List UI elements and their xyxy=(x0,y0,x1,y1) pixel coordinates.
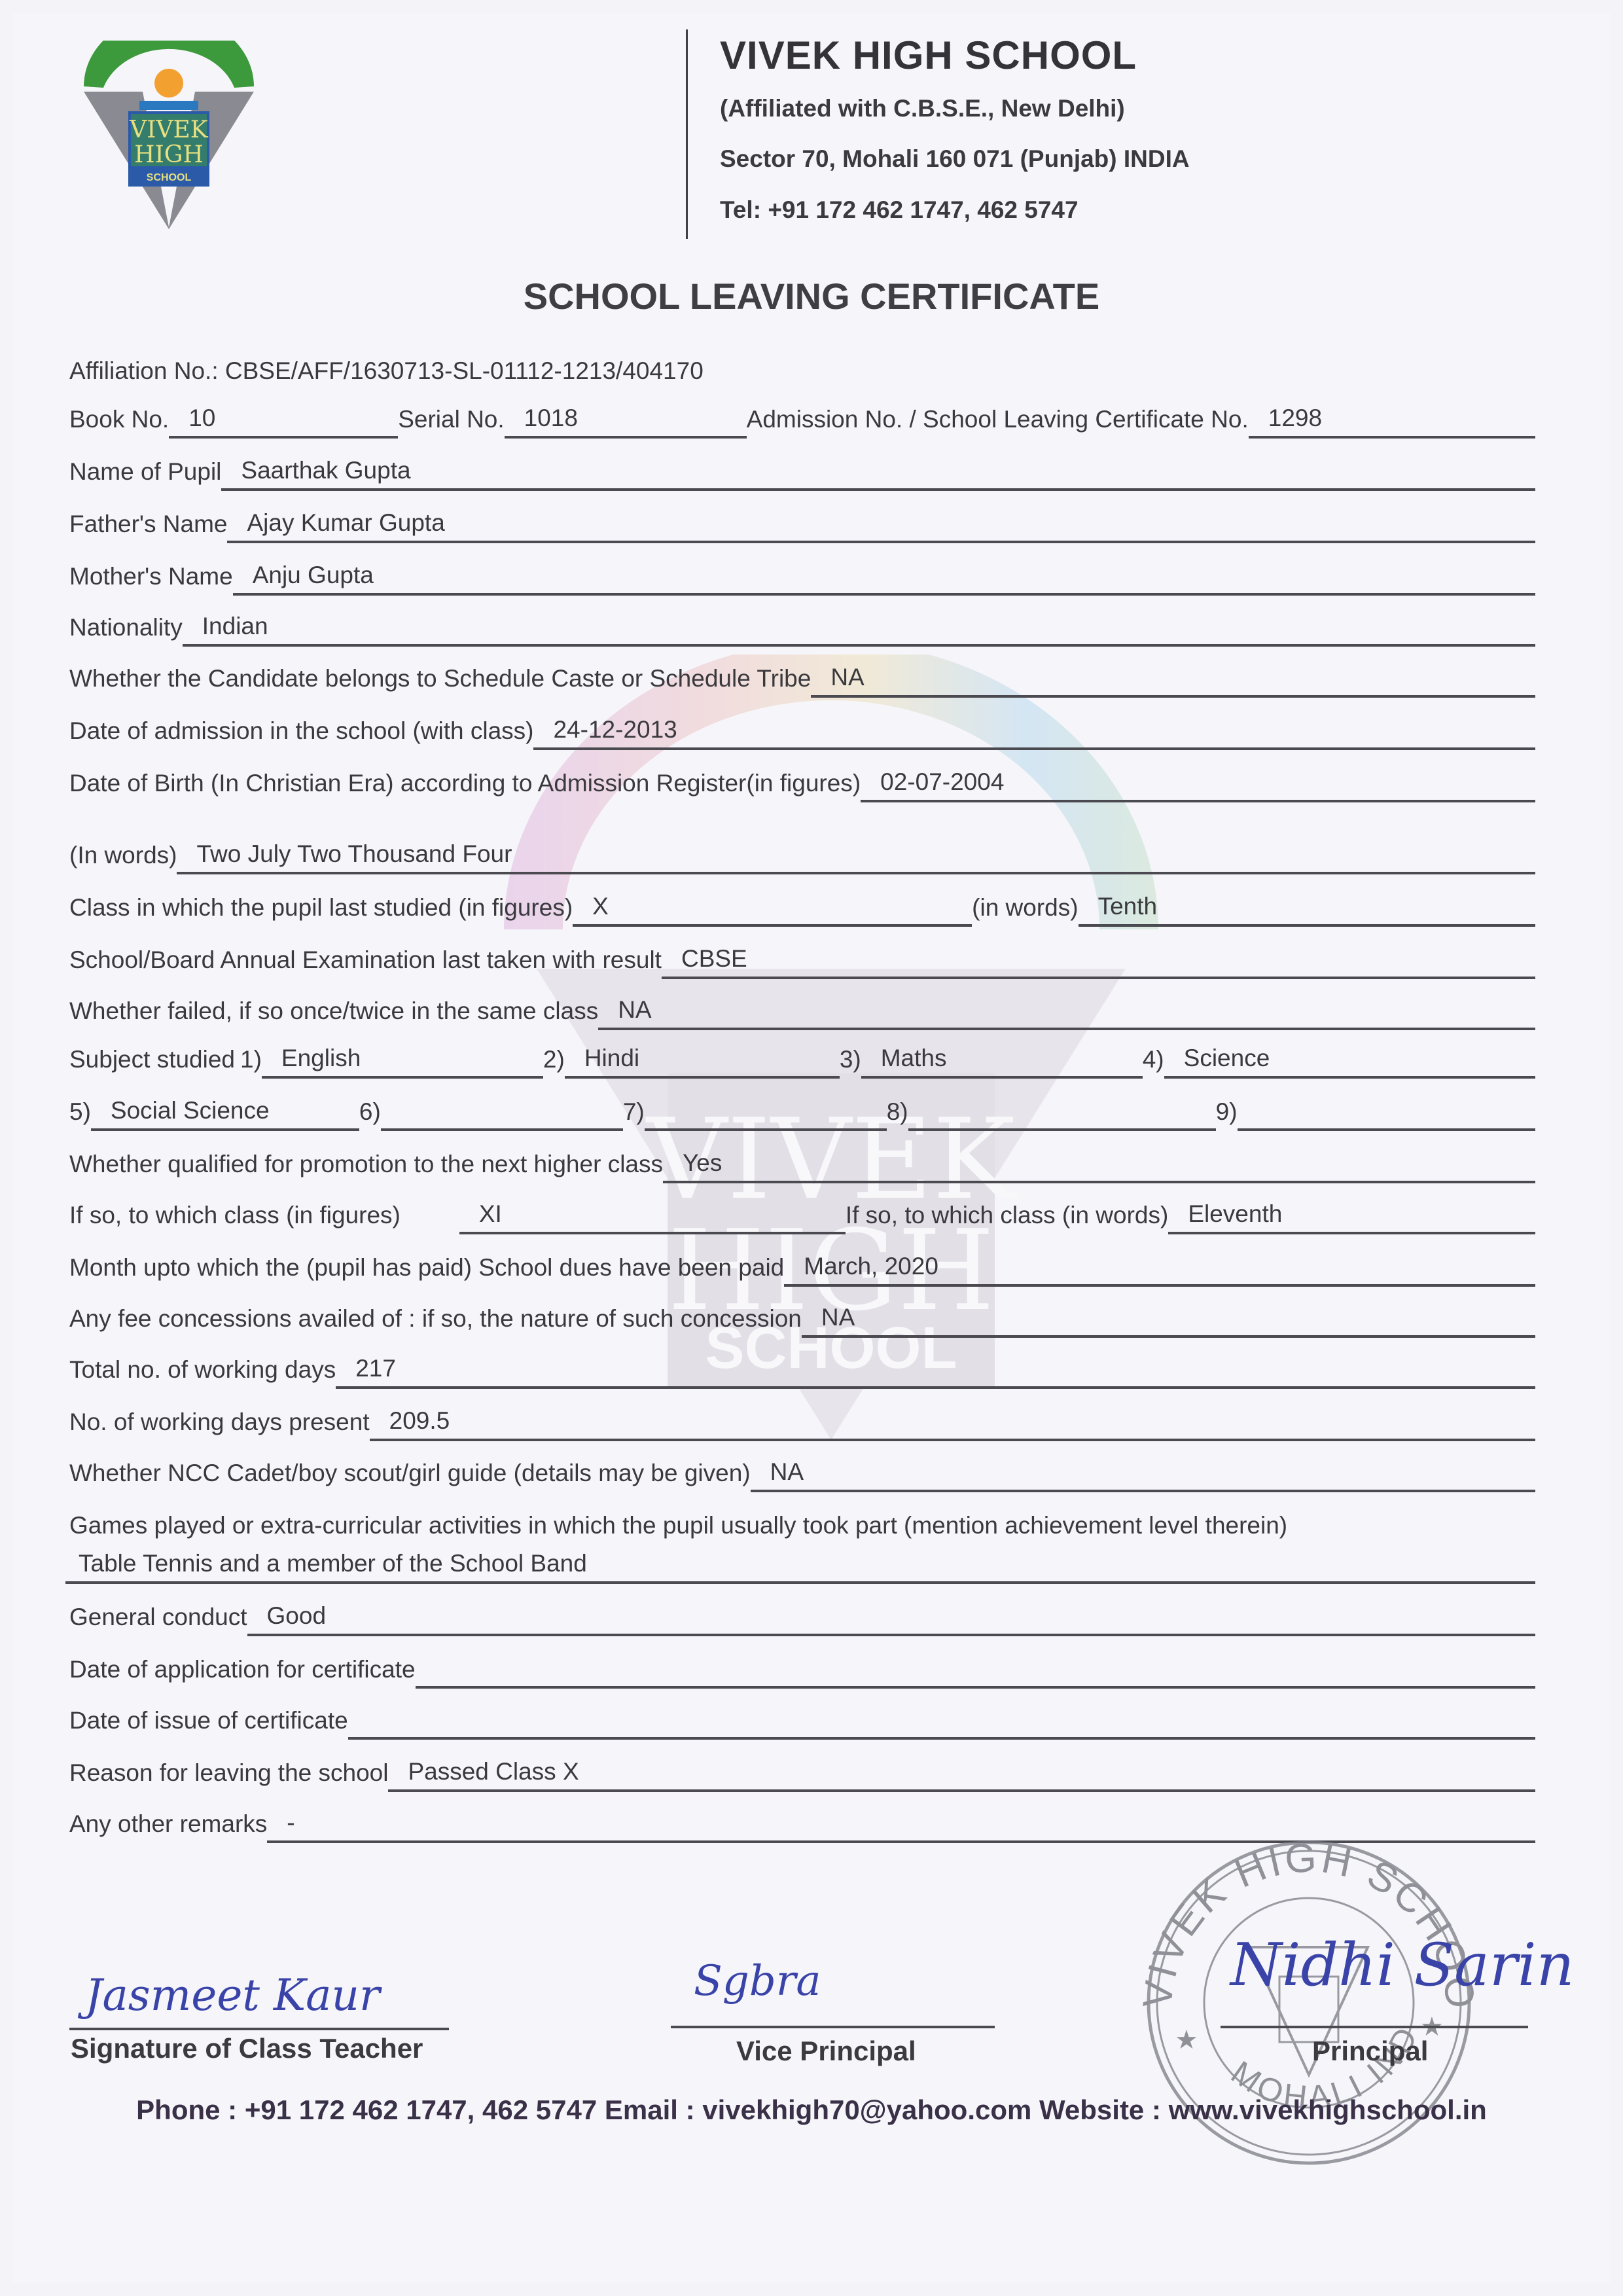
mother-row: Mother's NameAnju Gupta xyxy=(69,556,1535,596)
class-words-field[interactable]: Tenth xyxy=(1079,893,1535,927)
exam-row: School/Board Annual Examination last tak… xyxy=(69,940,1535,979)
conduct-label: General conduct xyxy=(69,1604,247,1636)
games-field[interactable]: Table Tennis and a member of the School … xyxy=(65,1550,1535,1584)
dob-field[interactable]: 02-07-2004 xyxy=(861,768,1535,802)
working-days-field[interactable]: 217 xyxy=(336,1355,1535,1389)
father-field[interactable]: Ajay Kumar Gupta xyxy=(227,509,1535,543)
promotion-row: Whether qualified for promotion to the n… xyxy=(69,1144,1535,1183)
school-name: VIVEK HIGH SCHOOL xyxy=(720,33,1137,78)
games-row: Table Tennis and a member of the School … xyxy=(65,1545,1535,1584)
dob-words-label: (In words) xyxy=(69,842,177,874)
dob-label: Date of Birth (In Christian Era) accordi… xyxy=(69,770,861,802)
nationality-row: NationalityIndian xyxy=(69,607,1535,647)
caste-label: Whether the Candidate belongs to Schedul… xyxy=(69,665,811,698)
ncc-field[interactable]: NA xyxy=(751,1458,1535,1492)
school-logo-icon: VIVEK HIGH SCHOOL xyxy=(77,41,260,230)
vice-principal-label: Vice Principal xyxy=(736,2036,916,2067)
serial-no-label: Serial No. xyxy=(398,406,504,439)
class-teacher-label: Signature of Class Teacher xyxy=(71,2033,423,2064)
dues-field[interactable]: March, 2020 xyxy=(784,1253,1535,1287)
subject-8-field[interactable] xyxy=(908,1097,1216,1131)
serial-no-field[interactable]: 1018 xyxy=(505,404,747,439)
exam-label: School/Board Annual Examination last tak… xyxy=(69,946,662,979)
nationality-label: Nationality xyxy=(69,614,183,647)
principal-signature-line xyxy=(1221,2026,1528,2028)
present-days-field[interactable]: 209.5 xyxy=(370,1407,1535,1441)
games-label-row: Games played or extra-curricular activit… xyxy=(69,1505,1535,1545)
present-days-label: No. of working days present xyxy=(69,1408,370,1441)
ncc-row: Whether NCC Cadet/boy scout/girl guide (… xyxy=(69,1453,1535,1492)
book-no-label: Book No. xyxy=(69,406,169,439)
principal-signature: Nidhi Sarin xyxy=(1230,1931,1575,2000)
dob-row: Date of Birth (In Christian Era) accordi… xyxy=(69,763,1535,802)
conduct-row: General conductGood xyxy=(69,1597,1535,1636)
footer-contact: Phone : +91 172 462 1747, 462 5747 Email… xyxy=(0,2094,1623,2126)
svg-text:HIGH: HIGH xyxy=(134,141,204,168)
concession-field[interactable]: NA xyxy=(802,1304,1535,1338)
subject-2-field[interactable]: Hindi xyxy=(565,1045,840,1079)
class-teacher-signature: Jasmeet Kaur xyxy=(85,1970,380,2020)
issue-date-label: Date of issue of certificate xyxy=(69,1707,348,1740)
pupil-row: Name of PupilSaarthak Gupta xyxy=(69,452,1535,491)
failed-label: Whether failed, if so once/twice in the … xyxy=(69,997,598,1030)
svg-text:VIVEK: VIVEK xyxy=(129,117,208,143)
affiliation-line: (Affiliated with C.B.S.E., New Delhi) xyxy=(720,95,1125,122)
conduct-field[interactable]: Good xyxy=(247,1602,1535,1636)
ncc-label: Whether NCC Cadet/boy scout/girl guide (… xyxy=(69,1460,751,1492)
pupil-field[interactable]: Saarthak Gupta xyxy=(221,457,1535,491)
present-days-row: No. of working days present209.5 xyxy=(69,1402,1535,1441)
exam-field[interactable]: CBSE xyxy=(662,945,1535,979)
next-class-row: If so, to which class (in figures) XI If… xyxy=(69,1195,1535,1234)
reason-label: Reason for leaving the school xyxy=(69,1759,388,1792)
promotion-label: Whether qualified for promotion to the n… xyxy=(69,1151,663,1183)
subjects-label: Subject studied xyxy=(69,1046,235,1079)
admission-no-label: Admission No. / School Leaving Certifica… xyxy=(747,406,1249,439)
mother-field[interactable]: Anju Gupta xyxy=(233,562,1535,596)
subject-5-field[interactable]: Social Science xyxy=(91,1097,359,1131)
class-teacher-signature-line xyxy=(69,2028,449,2030)
subject-1-field[interactable]: English xyxy=(262,1045,543,1079)
application-date-row: Date of application for certificate xyxy=(69,1649,1535,1689)
subject-3-field[interactable]: Maths xyxy=(861,1045,1143,1079)
book-no-field[interactable]: 10 xyxy=(169,404,398,439)
dues-label: Month upto which the (pupil has paid) Sc… xyxy=(69,1254,784,1287)
school-address: Sector 70, Mohali 160 071 (Punjab) INDIA xyxy=(720,145,1190,173)
issue-date-row: Date of issue of certificate xyxy=(69,1700,1535,1740)
svg-text:★: ★ xyxy=(1175,2026,1198,2054)
caste-row: Whether the Candidate belongs to Schedul… xyxy=(69,658,1535,698)
dob-words-field[interactable]: Two July Two Thousand Four xyxy=(177,840,1535,874)
working-days-row: Total no. of working days217 xyxy=(69,1350,1535,1389)
admission-date-label: Date of admission in the school (with cl… xyxy=(69,717,533,750)
subjects-row-2: 5) Social Science 6) 7) 8) 9) xyxy=(69,1092,1535,1131)
working-days-label: Total no. of working days xyxy=(69,1356,336,1389)
svg-text:SCHOOL: SCHOOL xyxy=(147,172,192,183)
admission-date-row: Date of admission in the school (with cl… xyxy=(69,711,1535,750)
subject-7-field[interactable] xyxy=(645,1097,887,1131)
reason-field[interactable]: Passed Class X xyxy=(388,1758,1535,1792)
next-class-figures-field[interactable]: XI xyxy=(459,1200,846,1234)
promotion-field[interactable]: Yes xyxy=(663,1149,1535,1183)
vice-principal-signature: Sgbra xyxy=(694,1957,821,2005)
vice-principal-signature-line xyxy=(671,2026,995,2028)
identifiers-row: Book No. 10 Serial No. 1018 Admission No… xyxy=(69,399,1535,439)
father-label: Father's Name xyxy=(69,511,227,543)
dues-row: Month upto which the (pupil has paid) Sc… xyxy=(69,1247,1535,1287)
nationality-field[interactable]: Indian xyxy=(183,613,1535,647)
failed-row: Whether failed, if so once/twice in the … xyxy=(69,991,1535,1030)
caste-field[interactable]: NA xyxy=(811,664,1535,698)
concession-row: Any fee concessions availed of : if so, … xyxy=(69,1299,1535,1338)
application-date-label: Date of application for certificate xyxy=(69,1656,416,1689)
subject-6-field[interactable] xyxy=(381,1097,623,1131)
class-studied-row: Class in which the pupil last studied (i… xyxy=(69,888,1535,927)
admission-no-field[interactable]: 1298 xyxy=(1249,404,1535,439)
reason-row: Reason for leaving the schoolPassed Clas… xyxy=(69,1753,1535,1792)
issue-date-field[interactable] xyxy=(348,1706,1535,1740)
application-date-field[interactable] xyxy=(416,1655,1535,1689)
failed-field[interactable]: NA xyxy=(598,996,1535,1030)
subject-4-field[interactable]: Science xyxy=(1164,1045,1535,1079)
admission-date-field[interactable]: 24-12-2013 xyxy=(533,716,1535,750)
affiliation-number: Affiliation No.: CBSE/AFF/1630713-SL-011… xyxy=(69,357,704,385)
subject-9-field[interactable] xyxy=(1238,1097,1535,1131)
subjects-row-1: Subject studied 1) English 2) Hindi 3) M… xyxy=(69,1039,1535,1079)
header-divider xyxy=(686,29,688,239)
class-figures-field[interactable]: X xyxy=(573,893,972,927)
principal-label: Principal xyxy=(1312,2036,1428,2067)
remarks-label: Any other remarks xyxy=(69,1810,267,1843)
mother-label: Mother's Name xyxy=(69,563,233,596)
certificate-title: SCHOOL LEAVING CERTIFICATE xyxy=(0,275,1623,317)
pupil-label: Name of Pupil xyxy=(69,458,221,491)
school-telephone: Tel: +91 172 462 1747, 462 5747 xyxy=(720,196,1079,224)
next-class-words-field[interactable]: Eleventh xyxy=(1168,1200,1535,1234)
concession-label: Any fee concessions availed of : if so, … xyxy=(69,1305,802,1338)
father-row: Father's NameAjay Kumar Gupta xyxy=(69,504,1535,543)
dob-words-row: (In words)Two July Two Thousand Four xyxy=(69,835,1535,874)
